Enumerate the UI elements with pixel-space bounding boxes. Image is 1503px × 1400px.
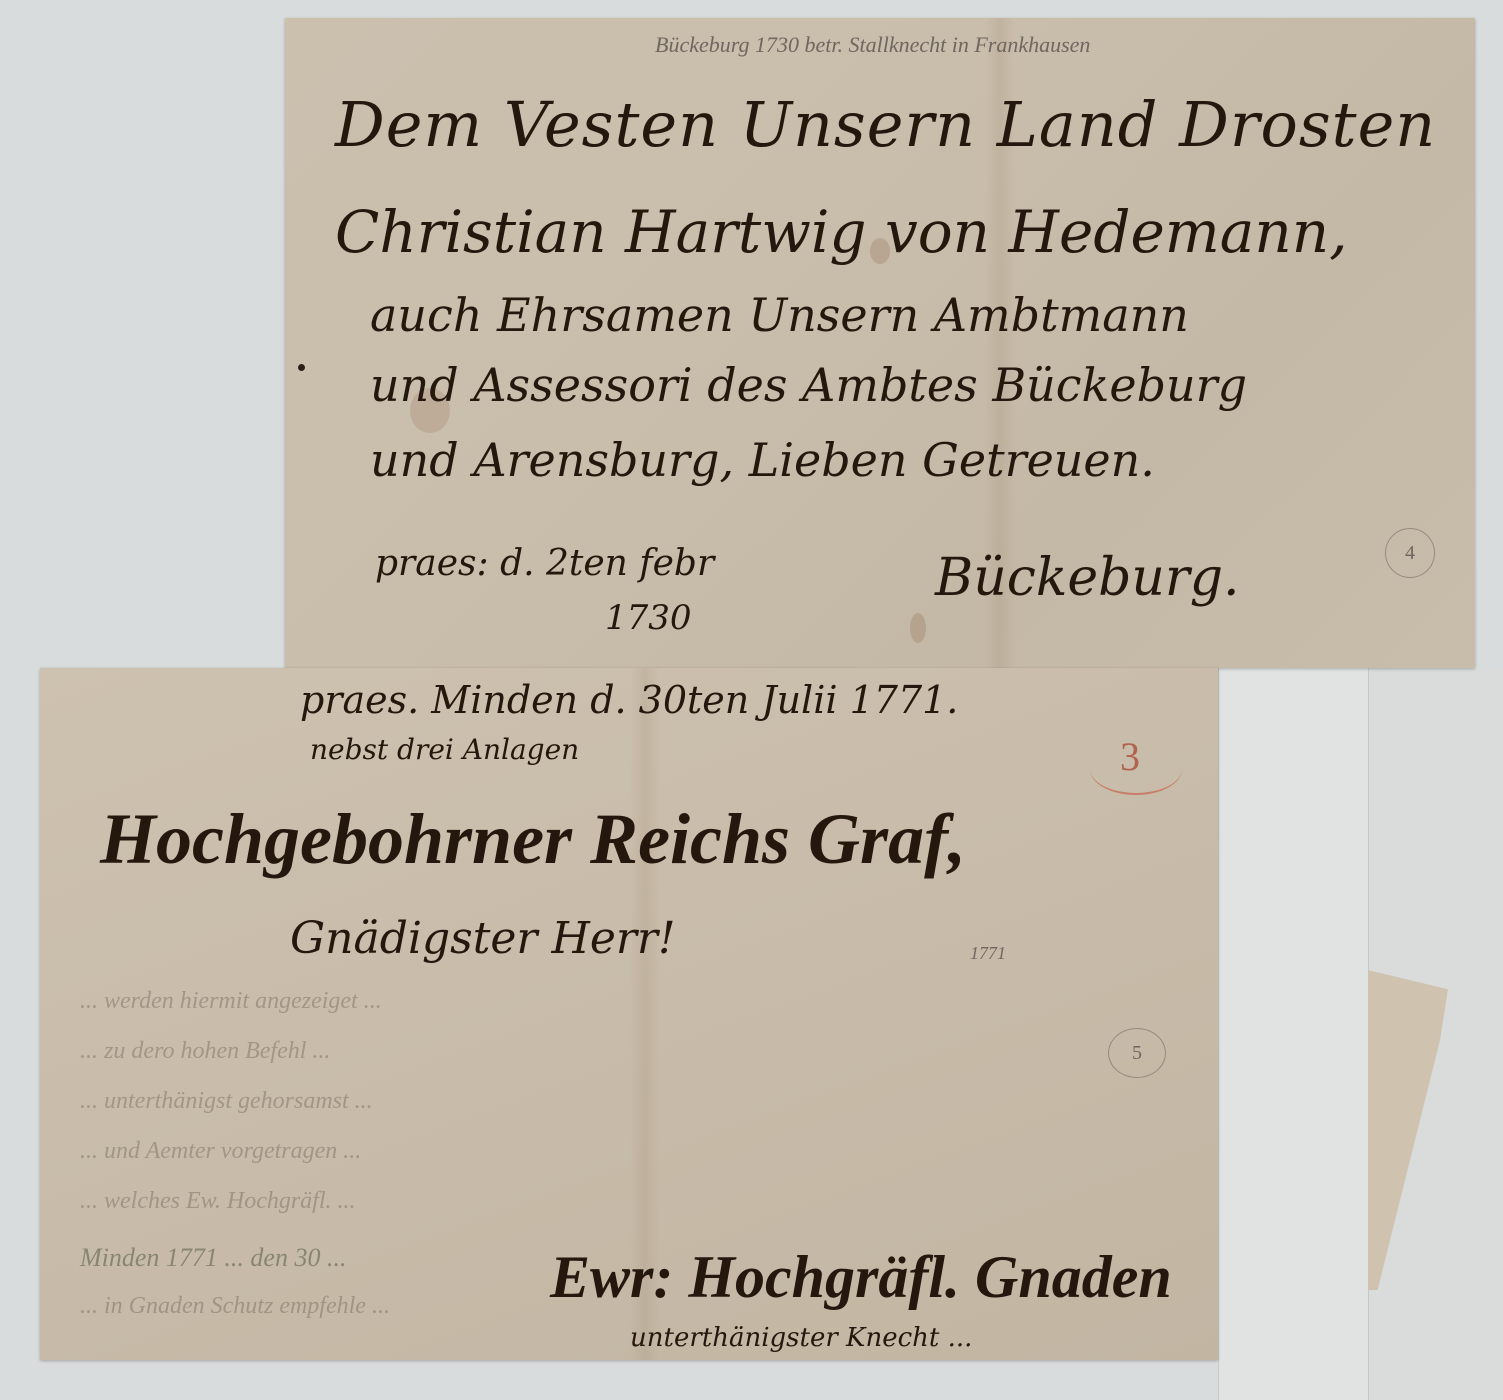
bleed-through-line: ... welches Ew. Hochgräfl. ... [80, 1188, 356, 1215]
stain [910, 613, 926, 643]
address-line-1: Dem Vesten Unsern Land Drosten [335, 88, 1436, 161]
closing-line: Ewr: Hochgräfl. Gnaden [550, 1243, 1172, 1312]
bleed-through-line: Minden 1771 ... den 30 ... [80, 1243, 346, 1273]
salutation-line-2: Gnädigster Herr! [290, 913, 676, 964]
receipt-year: 1730 [605, 598, 692, 638]
letter-top-1730: Bückeburg 1730 betr. Stallknecht in Fran… [285, 18, 1475, 668]
address-line-5: und Arensburg, Lieben Getreuen. [370, 433, 1155, 487]
archive-number: 4 [1405, 542, 1415, 565]
bleed-through-line: ... und Aemter vorgetragen ... [80, 1138, 361, 1165]
receipt-note-line-1: praes. Minden d. 30ten Julii 1771. [300, 678, 958, 722]
address-line-3: auch Ehrsamen Unsern Ambtmann [370, 288, 1189, 342]
mount-board-strip [1218, 668, 1369, 1400]
bleed-through-line: ... in Gnaden Schutz empfehle ... [80, 1293, 390, 1320]
receipt-note: praes: d. 2ten febr [375, 543, 714, 584]
pencil-year: 1771 [970, 943, 1006, 964]
pencil-annotation: Bückeburg 1730 betr. Stallknecht in Fran… [655, 32, 1090, 58]
red-number: 3 [1120, 733, 1140, 780]
receipt-note-line-2: nebst drei Anlagen [310, 733, 579, 766]
place-name: Bückeburg. [935, 548, 1240, 608]
address-line-2: Christian Hartwig von Hedemann, [335, 198, 1348, 266]
bleed-through-line: ... unterthänigst gehorsamst ... [80, 1088, 373, 1115]
closing-continuation: unterthänigster Knecht ... [630, 1323, 972, 1353]
address-line-4: und Assessori des Ambtes Bückeburg [370, 358, 1247, 412]
letter-bottom-1771: ... werden hiermit angezeiget ... ... zu… [40, 668, 1218, 1360]
bleed-through-line: ... zu dero hohen Befehl ... [80, 1038, 330, 1065]
archive-number-badge: 5 [1108, 1028, 1166, 1078]
archive-number: 5 [1132, 1042, 1142, 1065]
salutation-line-1: Hochgebohrner Reichs Graf, [100, 798, 966, 881]
punch-mark [298, 364, 305, 371]
archive-number-badge: 4 [1385, 528, 1435, 578]
bleed-through-line: ... werden hiermit angezeiget ... [80, 988, 382, 1015]
